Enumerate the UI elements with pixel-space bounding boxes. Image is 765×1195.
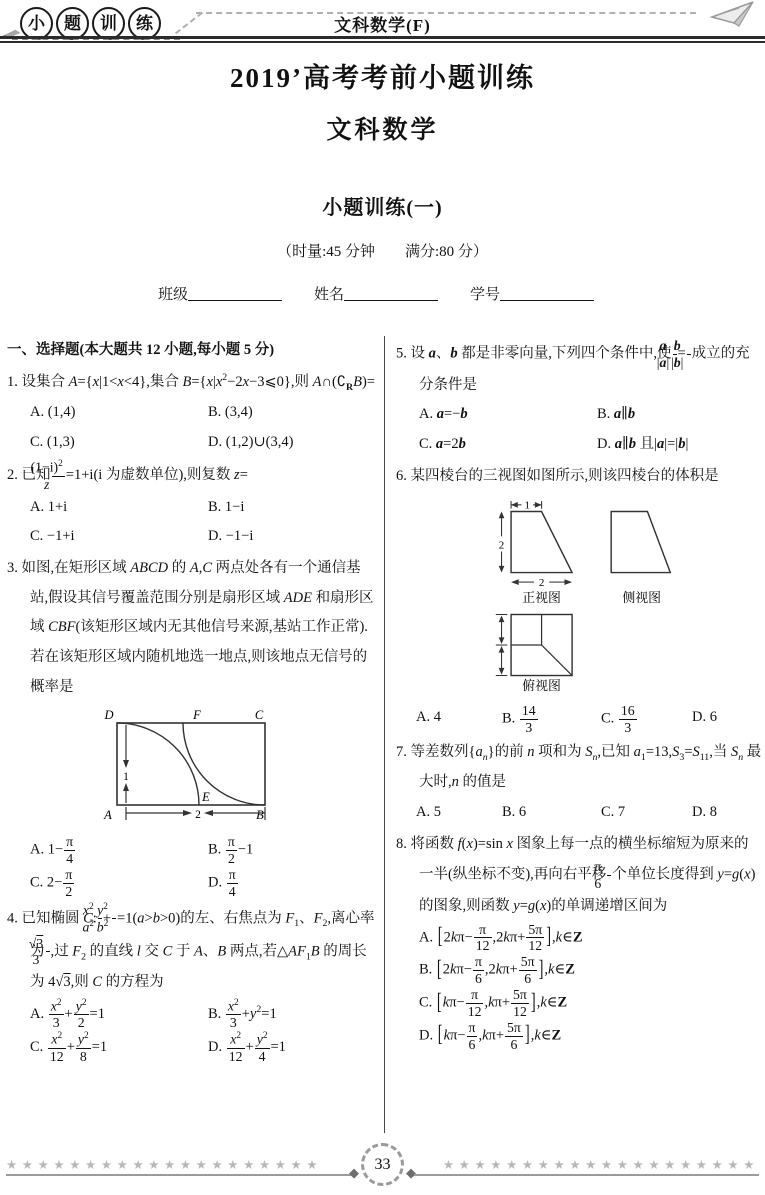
svg-text:1: 1 xyxy=(123,771,129,783)
option-c: C. 2−π2 xyxy=(30,867,208,900)
question-7-stem: 7. 等差数列{an}的前 n 项和为 Sn,已知 a1=13,S3=S11,当… xyxy=(396,738,762,798)
option-a: A. 1+i xyxy=(30,493,208,523)
question-2-options: A. 1+i B. 1−i C. −1+i D. −1−i xyxy=(7,493,378,552)
option-b: B. 1−i xyxy=(208,493,378,523)
subject-title: 文科数学 xyxy=(0,110,765,146)
option-b: B. π2−1 xyxy=(208,834,378,867)
option-b: B. (3,4) xyxy=(208,398,378,428)
option-b: B. 143 xyxy=(502,703,601,736)
field-name: 姓名 xyxy=(314,283,438,304)
footer-left-decoration: ★★★★★★★★★★★★★★★★★★★★ ◆ xyxy=(6,1150,355,1180)
question-8-stem: 8. 将函数 f(x)=sin x 图象上每一点的横坐标缩短为原来的一半(纵坐标… xyxy=(396,830,762,922)
question-4-stem: 4. 已知椭圆 C:x2a2+y2b2=1(a>b>0)的左、右焦点为 F1、F… xyxy=(7,902,378,998)
question-6-figure: 1 2 2 正视图 侧视图 xyxy=(492,496,697,692)
option-b: B. a∥b xyxy=(597,400,762,430)
question-5-stem: 5. 设 a、b 都是非零向量,下列四个条件中,使a|a|=b|b|成立的充分条… xyxy=(396,338,762,400)
section-heading: 一、选择题(本大题共 12 小题,每小题 5 分) xyxy=(7,336,378,366)
time-score-meta: （时量:45 分钟 满分:80 分） xyxy=(0,240,765,261)
page-number: 33 xyxy=(375,1156,391,1174)
header-subject-tag: 文科数学(F) xyxy=(0,11,765,36)
option-c: C. 163 xyxy=(601,703,692,736)
question-7-options: A. 5 B. 6 C. 7 D. 8 xyxy=(396,798,762,828)
option-d: D. a∥b 且|a|=|b| xyxy=(597,430,762,460)
question-3-figure: D F C A E B 1 2 xyxy=(87,709,292,821)
field-class: 班级 xyxy=(158,283,282,304)
footer-right-decoration: ◆ ★★★★★★★★★★★★★★★★★★★★ xyxy=(410,1150,759,1180)
option-a: A. [2kπ−π12,2kπ+5π12],k∈Z xyxy=(396,922,762,955)
question-4-options: A. x23+y22=1 B. x23+y2=1 C. x212+y28=1 D… xyxy=(7,998,378,1065)
svg-text:1: 1 xyxy=(525,499,530,511)
option-c: C. x212+y28=1 xyxy=(30,1031,208,1064)
class-blank xyxy=(188,285,282,301)
diamond-icon: ◆ xyxy=(349,1166,359,1181)
header-rule-bottom xyxy=(0,41,765,43)
question-1: 1. 设集合 A={x|1<x<4},集合 B={x|x2−2x−3⩽0},则 … xyxy=(7,368,378,458)
svg-text:侧视图: 侧视图 xyxy=(622,591,661,605)
question-1-stem: 1. 设集合 A={x|1<x<4},集合 B={x|x2−2x−3⩽0},则 … xyxy=(7,368,378,398)
question-5: 5. 设 a、b 都是非零向量,下列四个条件中,使a|a|=b|b|成立的充分条… xyxy=(396,338,762,460)
header-rule-top xyxy=(0,36,765,39)
option-b: B. 6 xyxy=(502,798,601,828)
option-c: C. −1+i xyxy=(30,522,208,552)
question-3-options: A. 1−π4 B. π2−1 C. 2−π2 D. π4 xyxy=(7,834,378,899)
right-column: 5. 设 a、b 都是非零向量,下列四个条件中,使a|a|=b|b|成立的充分条… xyxy=(396,336,762,1052)
question-3: 3. 如图,在矩形区域 ABCD 的 A,C 两点处各有一个通信基站,假设其信号… xyxy=(7,554,378,900)
column-divider xyxy=(384,336,385,1133)
option-b: B. [2kπ−π6,2kπ+5π6],k∈Z xyxy=(396,954,762,987)
option-d: D. (1,2)∪(3,4) xyxy=(208,428,378,458)
page-footer: ★★★★★★★★★★★★★★★★★★★★ ◆ 33 ◆ ★★★★★★★★★★★★… xyxy=(6,1143,759,1186)
question-6-options: A. 4 B. 143 C. 163 D. 6 xyxy=(396,703,762,736)
option-d: D. x212+y24=1 xyxy=(208,1031,378,1064)
star-row: ★★★★★★★★★★★★★★★★★★★★ xyxy=(6,1159,351,1176)
option-c: C. (1,3) xyxy=(30,428,208,458)
question-2: 2. 已知(1−i)2z=1+i(i 为虚数单位),则复数 z= A. 1+i … xyxy=(7,459,378,552)
option-a: A. 5 xyxy=(416,798,502,828)
option-a: A. a=−b xyxy=(419,400,597,430)
svg-text:F: F xyxy=(192,709,201,722)
svg-text:正视图: 正视图 xyxy=(522,591,561,605)
svg-text:俯视图: 俯视图 xyxy=(522,678,561,691)
question-3-stem: 3. 如图,在矩形区域 ABCD 的 A,C 两点处各有一个通信基站,假设其信号… xyxy=(7,554,378,703)
svg-text:D: D xyxy=(103,709,113,722)
svg-text:2: 2 xyxy=(539,576,544,588)
field-id: 学号 xyxy=(470,283,594,304)
option-d: D. π4 xyxy=(208,867,378,900)
exam-page: 小 题 训 练 文科数学(F) 2019’高考考前小题训练 文科数学 小题训练(… xyxy=(0,0,765,1195)
svg-text:E: E xyxy=(201,790,210,804)
question-6-stem: 6. 某四棱台的三视图如图所示,则该四棱台的体积是 xyxy=(396,462,762,492)
student-info-fields: 班级 姓名 学号 xyxy=(158,283,594,304)
question-8: 8. 将函数 f(x)=sin x 图象上每一点的横坐标缩短为原来的一半(纵坐标… xyxy=(396,830,762,1053)
svg-text:B: B xyxy=(256,808,264,821)
question-4: 4. 已知椭圆 C:x2a2+y2b2=1(a>b>0)的左、右焦点为 F1、F… xyxy=(7,902,378,1065)
main-title: 2019’高考考前小题训练 xyxy=(0,56,765,95)
option-c: C. [kπ−π12,kπ+5π12],k∈Z xyxy=(396,987,762,1020)
name-blank xyxy=(344,285,438,301)
page-number-badge: 33 xyxy=(361,1143,404,1186)
svg-text:2: 2 xyxy=(195,809,201,821)
option-c: C. 7 xyxy=(601,798,692,828)
left-column: 一、选择题(本大题共 12 小题,每小题 5 分) 1. 设集合 A={x|1<… xyxy=(7,336,378,1065)
option-c: C. a=2b xyxy=(419,430,597,460)
option-a: A. x23+y22=1 xyxy=(30,998,208,1031)
question-5-options: A. a=−b B. a∥b C. a=2b D. a∥b 且|a|=|b| xyxy=(396,400,762,459)
question-2-stem: 2. 已知(1−i)2z=1+i(i 为虚数单位),则复数 z= xyxy=(7,459,378,492)
option-a: A. 4 xyxy=(416,703,502,736)
section-title: 小题训练(一) xyxy=(0,191,765,220)
id-blank xyxy=(500,285,594,301)
svg-text:C: C xyxy=(255,709,264,722)
svg-text:2: 2 xyxy=(499,539,504,551)
option-a: A. (1,4) xyxy=(30,398,208,428)
question-1-options: A. (1,4) B. (3,4) C. (1,3) D. (1,2)∪(3,4… xyxy=(7,398,378,457)
option-d: D. 6 xyxy=(692,703,762,736)
option-a: A. 1−π4 xyxy=(30,834,208,867)
star-row: ★★★★★★★★★★★★★★★★★★★★ xyxy=(414,1159,759,1176)
option-d: D. −1−i xyxy=(208,522,378,552)
option-b: B. x23+y2=1 xyxy=(208,998,378,1031)
svg-text:A: A xyxy=(103,808,112,821)
option-d: D. [kπ−π6,kπ+5π6],k∈Z xyxy=(396,1020,762,1053)
option-d: D. 8 xyxy=(692,798,762,828)
question-6: 6. 某四棱台的三视图如图所示,则该四棱台的体积是 1 2 2 xyxy=(396,462,762,736)
question-7: 7. 等差数列{an}的前 n 项和为 Sn,已知 a1=13,S3=S11,当… xyxy=(396,738,762,828)
